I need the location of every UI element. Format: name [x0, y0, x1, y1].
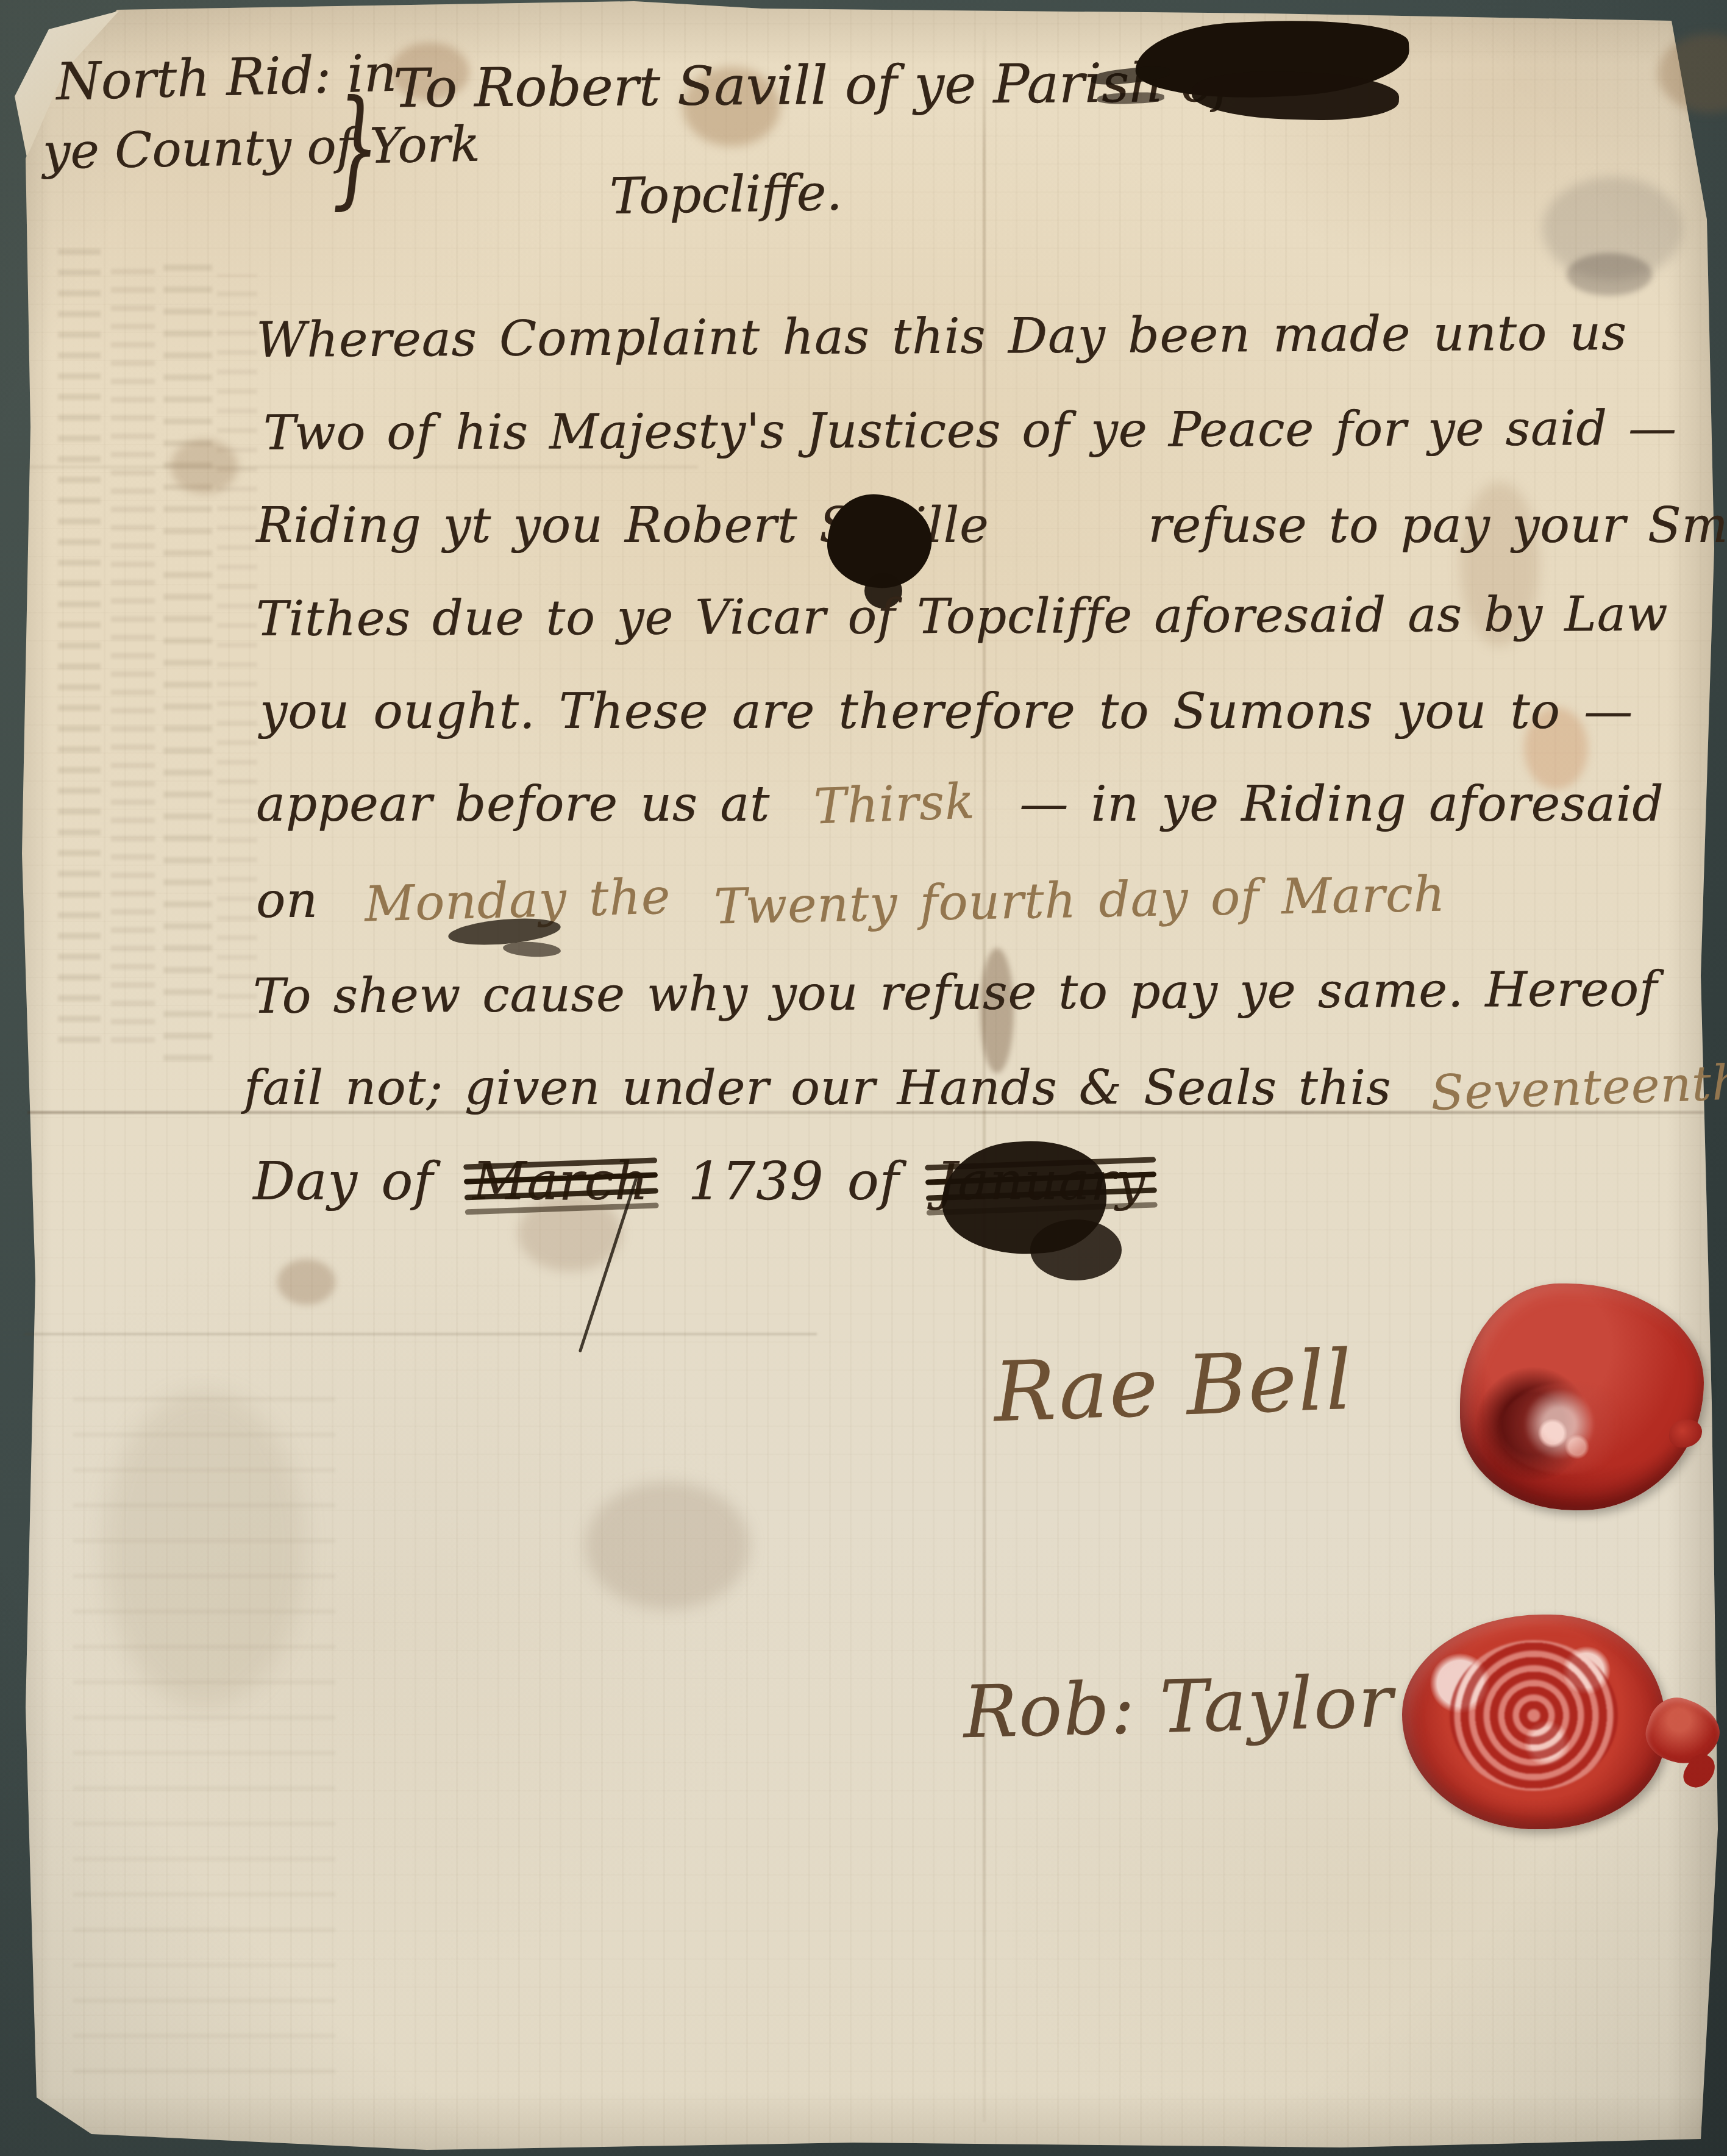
addressee-line-1: To Robert Savill of ye Parish of — [393, 51, 1304, 120]
photograph-of-manuscript: North Rid: in ye County of York } To Rob… [0, 0, 1727, 2156]
body-line-10a: Day of [253, 1151, 433, 1212]
body-line-3a: Riding yt you Robert Saville [256, 497, 989, 554]
addressee-line-2: Topcliffe. [609, 164, 842, 226]
body-line-6: appear before us at Thirsk — in ye Ridin… [256, 776, 1664, 832]
body-line-6c: — in ye Riding aforesaid [1019, 776, 1664, 832]
horizontal-fold-crease [24, 1333, 817, 1335]
horizontal-fold-crease [27, 466, 698, 468]
body-line-7a: on [256, 872, 318, 929]
inserted-day-monday: Monday the [364, 868, 671, 932]
inserted-place-thirsk: Thirsk [813, 773, 976, 835]
body-line-10: Day of March 1739 of January [253, 1151, 1146, 1212]
signature-taylor: Rob: Taylor [962, 1659, 1395, 1754]
body-line-8: To shew cause why you refuse to pay ye s… [253, 961, 1658, 1024]
body-line-6a: appear before us at [256, 776, 770, 832]
body-line-5: you ought. These are therefore to Sumons… [260, 683, 1633, 740]
body-line-9: fail not; given under our Hands & Seals … [244, 1060, 1727, 1116]
body-line-1: Whereas Complaint has this Day been made… [256, 304, 1627, 368]
signature-bell: Rae Bell [992, 1332, 1355, 1440]
body-line-3b: refuse to pay your Small [1148, 497, 1727, 554]
inserted-seventeenth: Seventeenth [1430, 1054, 1727, 1121]
jurisdiction-line-2: ye County of York [42, 116, 480, 180]
inserted-date: Twenty fourth day of March [713, 866, 1446, 935]
body-line-10c: 1739 of [688, 1151, 899, 1212]
deleted-month-january: January [936, 1151, 1147, 1212]
body-line-7: on Monday the Twenty fourth day of March [256, 872, 1445, 929]
body-line-2: Two of his Majesty's Justices of ye Peac… [263, 400, 1677, 461]
jurisdiction-brace: } [332, 73, 379, 221]
body-line-3: Riding yt you Robert Saville refuse to p… [256, 497, 1727, 554]
deleted-month-march: March [472, 1151, 649, 1212]
body-line-4: Tithes due to ye Vicar of Topcliffe afor… [256, 586, 1668, 647]
body-line-9a: fail not; given under our Hands & Seals … [244, 1060, 1391, 1116]
